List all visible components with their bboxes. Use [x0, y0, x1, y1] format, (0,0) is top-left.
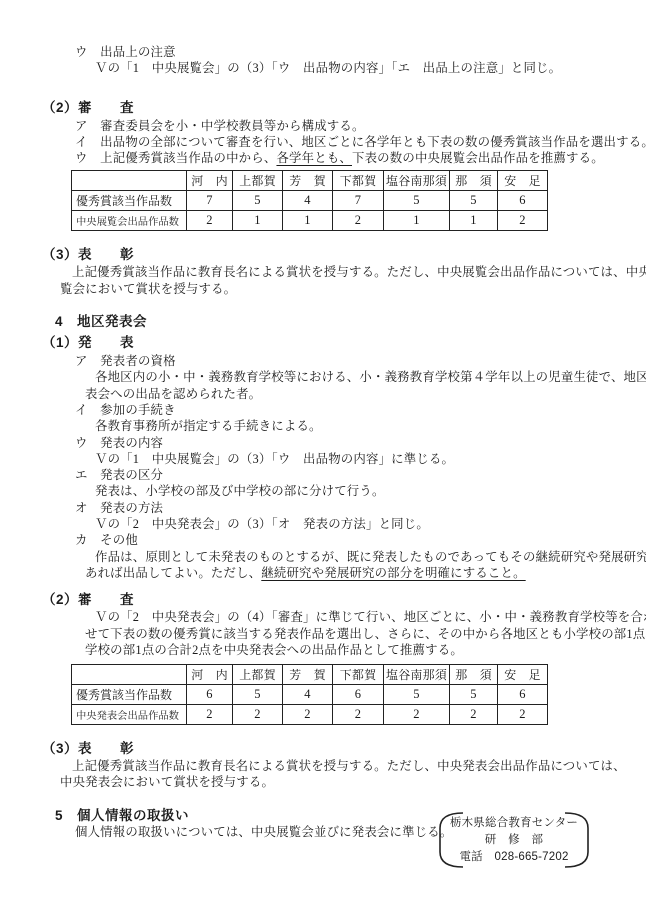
table-header-cell: 安 足 — [498, 665, 548, 685]
happyo-item-body-underlined: 継続研究や発展研究の部分を明確にすること。 — [261, 566, 525, 580]
notes-on-entry-title: ウ 出品上の注意 — [75, 0, 646, 60]
happyo-item-body: 発表は、小学校の部及び中学校の部に分けて行う。 — [95, 483, 646, 499]
table-value-cell: 1 — [450, 211, 498, 231]
table-value-cell: 2 — [450, 705, 498, 725]
review1-item-u-post: 下表の数の中央展覧会出品作品を推薦する。 — [352, 151, 604, 165]
presentation-heading: （1）発 表 — [42, 334, 646, 351]
table-value-cell: 7 — [187, 191, 233, 211]
award2-line: 上記優秀賞該当作品に教育長名による賞状を授与する。ただし、中央発表会出品作品につ… — [72, 758, 646, 774]
happyo-item-title: カ その他 — [75, 532, 646, 548]
presentation-selection-table: 河 内 上都賀 芳 賀 下都賀 塩谷南那須 那 須 安 足 優秀賞該当作品数 6… — [71, 664, 548, 725]
contact-phone: 電話 028-665-7202 — [459, 849, 568, 866]
table-header-cell: 下都賀 — [333, 171, 384, 191]
happyo-item-body: 作品は、原則として未発表のものとするが、既に発表したものであってもその継続研究や… — [95, 549, 646, 565]
review2-line: 学校の部1点の合計2点を中央発表会への出品作品として推薦する。 — [85, 642, 646, 658]
table-value-cell: 5 — [384, 191, 450, 211]
table-value-cell: 2 — [187, 211, 233, 231]
table-header-cell: 上都賀 — [233, 665, 283, 685]
table-row-label: 中央展覧会出品作品数 — [72, 211, 187, 231]
happyo-item-title: エ 発表の区分 — [75, 467, 646, 483]
table-value-cell: 1 — [384, 211, 450, 231]
table-value-cell: 6 — [498, 685, 548, 705]
contact-box: 栃木県総合教育センター 研 修 部 電話 028-665-7202 — [433, 811, 595, 869]
table-row-label: 優秀賞該当作品数 — [72, 685, 187, 705]
table-value-cell: 2 — [283, 705, 333, 725]
table-header-cell: 那 須 — [450, 665, 498, 685]
table-value-cell: 5 — [384, 685, 450, 705]
happyo-item-body: Ｖの「2 中央発表会」の（3）「オ 発表の方法」と同じ。 — [95, 516, 646, 532]
contact-org: 栃木県総合教育センター — [450, 815, 578, 832]
table-header-cell: 芳 賀 — [283, 171, 333, 191]
table-value-cell: 1 — [233, 211, 283, 231]
review1-item-u: ウ 上記優秀賞該当作品の中から、各学年とも、下表の数の中央展覧会出品作品を推薦す… — [75, 150, 646, 166]
happyo-item-body: 表会への出品を認められた者。 — [85, 386, 646, 402]
table-row: 中央展覧会出品作品数 2 1 1 2 1 1 2 — [72, 211, 548, 231]
review1-item-u-pre: ウ 上記優秀賞該当作品の中から、 — [75, 151, 276, 165]
table-header-cell: 河 内 — [187, 171, 233, 191]
table-value-cell: 2 — [233, 705, 283, 725]
award1-line: 上記優秀賞該当作品に教育長名による賞状を授与する。ただし、中央展覧会出品作品につ… — [72, 264, 646, 280]
table-value-cell: 2 — [187, 705, 233, 725]
table-row: 優秀賞該当作品数 7 5 4 7 5 5 6 — [72, 191, 548, 211]
table-header-cell: 塩谷南那須 — [384, 665, 450, 685]
happyo-item-title: ウ 発表の内容 — [75, 435, 646, 451]
award-heading-2: （3）表 彰 — [42, 740, 646, 757]
happyo-item-body: あれば出品してよい。ただし、継続研究や発展研究の部分を明確にすること。 — [85, 565, 646, 581]
table-header-cell: 下都賀 — [333, 665, 384, 685]
review1-item-i: イ 出品物の全部について審査を行い、地区ごとに各学年とも下表の数の優秀賞該当作品… — [75, 134, 646, 150]
award2-line: 中央発表会において賞状を授与する。 — [60, 774, 646, 790]
table-value-cell: 2 — [384, 705, 450, 725]
contact-dept: 研 修 部 — [485, 832, 544, 849]
happyo-item-body-pre: あれば出品してよい。ただし、 — [85, 566, 261, 580]
table-value-cell: 2 — [333, 705, 384, 725]
review2-line: Ｖの「2 中央発表会」の（4）「審査」に準じて行い、地区ごとに、小・中・義務教育… — [95, 609, 646, 625]
document-page: ウ 出品上の注意 Ｖの「1 中央展覧会」の（3）「ウ 出品物の内容」「エ 出品上… — [0, 0, 646, 914]
table-value-cell: 1 — [283, 211, 333, 231]
table-value-cell: 4 — [283, 685, 333, 705]
table-header-cell: 河 内 — [187, 665, 233, 685]
table-value-cell: 6 — [187, 685, 233, 705]
award1-line: 覧会において賞状を授与する。 — [60, 281, 646, 297]
table-row: 河 内 上都賀 芳 賀 下都賀 塩谷南那須 那 須 安 足 — [72, 171, 548, 191]
table-header-cell: 安 足 — [498, 171, 548, 191]
table-value-cell: 5 — [233, 685, 283, 705]
review-heading-1: （2）審 査 — [42, 99, 646, 116]
table-row: 優秀賞該当作品数 6 5 4 6 5 5 6 — [72, 685, 548, 705]
table-value-cell: 6 — [333, 685, 384, 705]
happyo-item-body: 各教育事務所が指定する手続きによる。 — [95, 418, 646, 434]
table-value-cell: 5 — [233, 191, 283, 211]
table-row: 河 内 上都賀 芳 賀 下都賀 塩谷南那須 那 須 安 足 — [72, 665, 548, 685]
table-corner-cell — [72, 665, 187, 685]
table-header-cell: 那 須 — [450, 171, 498, 191]
table-corner-cell — [72, 171, 187, 191]
table-header-cell: 塩谷南那須 — [384, 171, 450, 191]
exhibition-selection-table: 河 内 上都賀 芳 賀 下都賀 塩谷南那須 那 須 安 足 優秀賞該当作品数 7… — [71, 170, 548, 231]
table-header-cell: 芳 賀 — [283, 665, 333, 685]
table-value-cell: 2 — [498, 211, 548, 231]
review-heading-2: （2）審 査 — [42, 591, 646, 608]
happyo-item-title: オ 発表の方法 — [75, 500, 646, 516]
happyo-item-body: Ｖの「1 中央展覧会」の（3）「ウ 出品物の内容」に準じる。 — [95, 451, 646, 467]
table-value-cell: 6 — [498, 191, 548, 211]
review2-line: せて下表の数の優秀賞に該当する発表作品を選出し、さらに、その中から各地区とも小学… — [85, 626, 646, 642]
table-value-cell: 2 — [498, 705, 548, 725]
table-row-label: 優秀賞該当作品数 — [72, 191, 187, 211]
table-value-cell: 4 — [283, 191, 333, 211]
happyo-item-title: ア 発表者の資格 — [75, 353, 646, 369]
table-value-cell: 7 — [333, 191, 384, 211]
table-row-label: 中央発表会出品作品数 — [72, 705, 187, 725]
review1-item-a: ア 審査委員会を小・中学校教員等から構成する。 — [75, 118, 646, 134]
happyo-item-body: 各地区内の小・中・義務教育学校等における、小・義務教育学校第４学年以上の児童生徒… — [95, 369, 646, 385]
table-row: 中央発表会出品作品数 2 2 2 2 2 2 2 — [72, 705, 548, 725]
notes-on-entry-body: Ｖの「1 中央展覧会」の（3）「ウ 出品物の内容」「エ 出品上の注意」と同じ。 — [95, 60, 646, 76]
happyo-item-title: イ 参加の手続き — [75, 402, 646, 418]
review1-item-u-underlined: 各学年とも、 — [276, 151, 352, 165]
table-header-cell: 上都賀 — [233, 171, 283, 191]
contact-text: 栃木県総合教育センター 研 修 部 電話 028-665-7202 — [433, 811, 595, 869]
section4-heading: 4 地区発表会 — [55, 313, 646, 330]
table-value-cell: 5 — [450, 191, 498, 211]
table-value-cell: 2 — [333, 211, 384, 231]
table-value-cell: 5 — [450, 685, 498, 705]
award-heading-1: （3）表 彰 — [42, 246, 646, 263]
